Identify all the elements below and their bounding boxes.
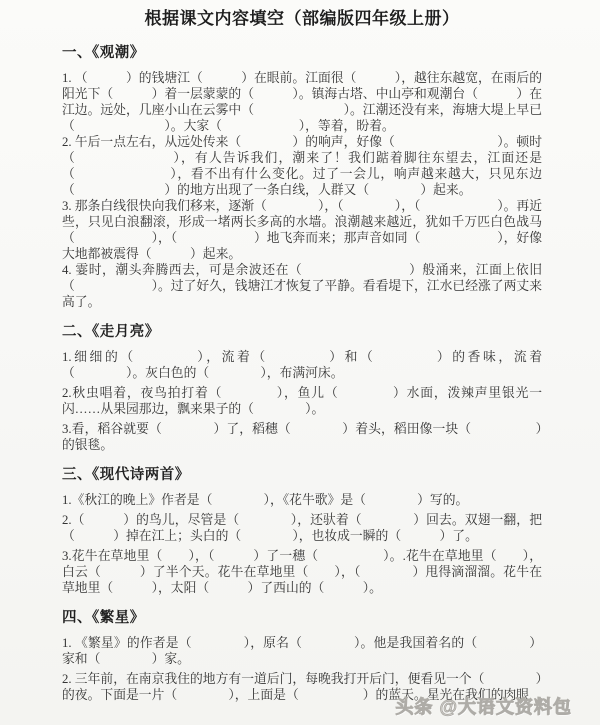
section-heading: 二、《走月亮》 <box>62 323 542 342</box>
fill-blank-item: 3.花牛在草地里（ ），（ ）了一穗（ ）。.花牛在草地里（ ），白云（ ）了半… <box>62 548 542 596</box>
section-heading: 一、《观潮》 <box>62 44 542 63</box>
watermark: 头条 @大语文资料包 <box>395 693 572 719</box>
fill-blank-item: 2. 午后一点左右，从远处传来（ ）的响声，好像（ ）。顿时（ ），有人告诉我们… <box>62 134 542 198</box>
section-fanxing: 四、《繁星》 1. 《繁星》的作者是（ ），原名（ ）。他是我国着名的（ ）家和… <box>62 609 542 703</box>
section-zouyueliang: 二、《走月亮》 1.细细的（ ），流着（ ）和（ ）的香味，流着（ ）。灰白色的… <box>62 323 542 453</box>
fill-blank-item: 1.细细的（ ），流着（ ）和（ ）的香味，流着（ ）。灰白色的（ ），布满河床… <box>62 349 542 381</box>
fill-blank-item: 3.看，稻谷就要（ ）了，稻穗（ ）着头，稻田像一块（ ）的银毯。 <box>62 421 542 453</box>
fill-blank-item: 2.秋虫唱着，夜鸟拍打着（ ），鱼儿（ ）水面，泼辣声里银光一闪……从果园那边，… <box>62 385 542 417</box>
fill-blank-item: 1.《秋江的晚上》作者是（ ），《花牛歌》是（ ）写的。 <box>62 492 542 508</box>
fill-blank-item: 2.（ ）的鸟儿，尽管是（ ），还驮着（ ）回去。双翅一翻，把（ ）掉在江上；头… <box>62 512 542 544</box>
fill-blank-item: 1. （ ）的钱塘江（ ）在眼前。江面很（ ），越往东越宽，在雨后的阳光下（ ）… <box>62 70 542 134</box>
section-heading: 三、《现代诗两首》 <box>62 466 542 485</box>
section-heading: 四、《繁星》 <box>62 609 542 628</box>
worksheet-page: 根据课文内容填空（部编版四年级上册） 一、《观潮》 1. （ ）的钱塘江（ ）在… <box>0 0 600 725</box>
fill-blank-item: 1. 《繁星》的作者是（ ），原名（ ）。他是我国着名的（ ）家和（ ）家。 <box>62 635 542 667</box>
fill-blank-item: 4. 霎时，潮头奔腾西去，可是余波还在（ ）般涌来，江面上依旧（ ）。过了好久，… <box>62 262 542 310</box>
page-title: 根据课文内容填空（部编版四年级上册） <box>62 7 542 31</box>
section-guanchao: 一、《观潮》 1. （ ）的钱塘江（ ）在眼前。江面很（ ），越往东越宽，在雨后… <box>62 44 542 310</box>
fill-blank-item: 3. 那条白线很快向我们移来，逐渐（ ），（ ），（ ）。再近些，只见白浪翻滚，… <box>62 198 542 262</box>
section-xiandaishi: 三、《现代诗两首》 1.《秋江的晚上》作者是（ ），《花牛歌》是（ ）写的。 2… <box>62 466 542 596</box>
